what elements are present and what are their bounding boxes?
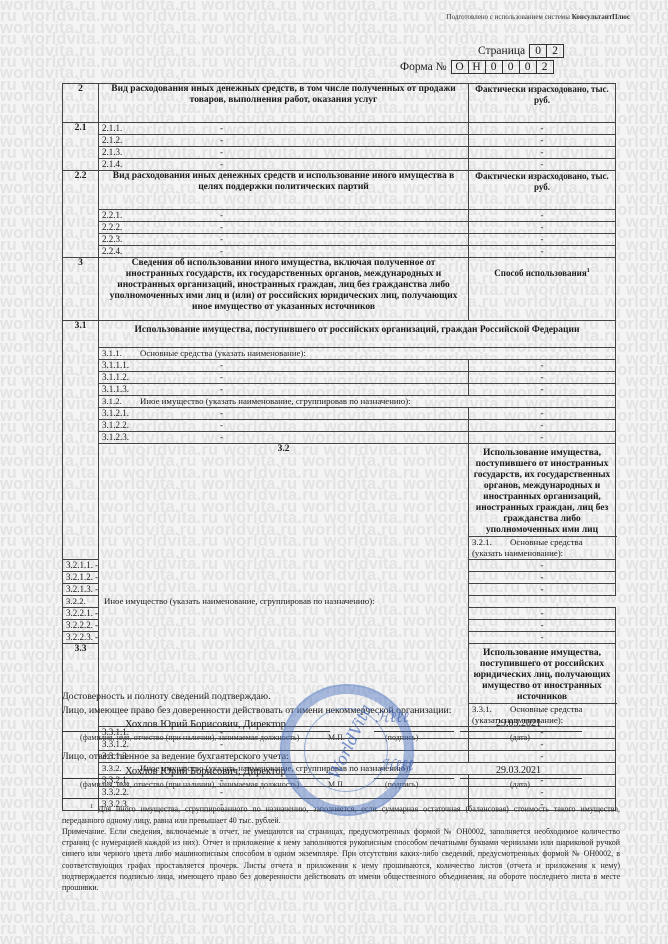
accountant-signature: ℋℓℓℓ bbox=[380, 756, 414, 775]
row-value: - bbox=[95, 632, 98, 642]
row-amount: - bbox=[469, 372, 616, 384]
row-code: 2.1.1. bbox=[99, 123, 220, 133]
row-code: 2.2.3. bbox=[99, 234, 220, 244]
section-3-header: 3 Сведения об использовании иного имущес… bbox=[63, 258, 616, 321]
row-amount: - bbox=[469, 572, 616, 584]
subsection-title: Вид расходования иных денежных средств и… bbox=[99, 171, 469, 210]
row-value: - bbox=[220, 123, 468, 133]
row-value: - bbox=[220, 408, 468, 418]
head-date-line bbox=[460, 731, 582, 732]
row-amount: - bbox=[469, 135, 616, 147]
row-amount: - bbox=[469, 210, 616, 222]
row-amount: - bbox=[469, 560, 616, 572]
row-code: 3.1.1.1. bbox=[99, 360, 220, 370]
organization-stamp: WorldVita bbox=[280, 684, 414, 816]
row-amount: - bbox=[469, 408, 616, 420]
row-value: - bbox=[220, 360, 468, 370]
subsection-2-2-header: 2.2 Вид расходования иных денежных средс… bbox=[63, 171, 616, 210]
form-digit: Н bbox=[468, 61, 485, 74]
row-amount: - bbox=[469, 620, 616, 632]
row-code: 3.1.2.3. bbox=[99, 432, 220, 442]
row-value: - bbox=[220, 159, 468, 169]
row-code: 3.1.2.2. bbox=[99, 420, 220, 430]
row-value: - bbox=[220, 432, 468, 442]
row-value: - bbox=[220, 147, 468, 157]
table-row: 2.2.2.- - bbox=[63, 222, 616, 234]
row-amount: - bbox=[469, 432, 616, 444]
column-header: Способ использования1 bbox=[469, 258, 616, 321]
row-amount: - bbox=[469, 360, 616, 372]
head-date: 29.03.2021 bbox=[496, 718, 556, 729]
note-text: Примечание. Если сведения, включаемые в … bbox=[62, 826, 620, 893]
row-code: 2.2.4. bbox=[99, 246, 220, 256]
row-value: - bbox=[95, 560, 98, 570]
page-number-box: Страница 0 2 bbox=[478, 44, 564, 58]
caption-name: (фамилия, имя, отчество (при наличии), з… bbox=[80, 733, 299, 742]
table-row: 2.1.3.- - bbox=[63, 147, 616, 159]
row-code: 3.1.1.3. bbox=[99, 384, 220, 394]
row-code: 3.2.2.2. bbox=[63, 620, 95, 630]
row-code: 3.2.1.2. bbox=[63, 572, 95, 582]
row-value: - bbox=[220, 246, 468, 256]
row-value: - bbox=[95, 620, 98, 630]
group-label-row: 3.2.2.Иное имущество (указать наименован… bbox=[63, 596, 616, 608]
table-row: 2.1.2.- - bbox=[63, 135, 616, 147]
table-row: 2.2.4.- - bbox=[63, 246, 616, 258]
subsection-header: 3.1 Использование имущества, поступившег… bbox=[63, 321, 616, 348]
table-row: 2.2.1.- - bbox=[63, 210, 616, 222]
row-code: 2.1.4. bbox=[99, 159, 220, 169]
row-amount: - bbox=[469, 608, 616, 620]
row-value: - bbox=[220, 384, 468, 394]
row-value: - bbox=[220, 135, 468, 145]
subsection-number: 3.2 bbox=[99, 444, 469, 727]
row-amount: - bbox=[469, 147, 616, 159]
page-digit: 2 bbox=[547, 45, 564, 58]
section-2-header: 2 Вид расходования иных денежных средств… bbox=[63, 84, 616, 123]
table-row: 3.1.1.1.- - bbox=[63, 360, 616, 372]
subsection-title: Использование имущества, поступившего от… bbox=[469, 444, 616, 537]
section-title: Вид расходования иных денежных средств, … bbox=[99, 84, 469, 123]
row-code: 3.2.2.1. bbox=[63, 608, 95, 618]
column-header: Фактически израсходовано, тыс. руб. bbox=[469, 84, 616, 123]
row-value: - bbox=[95, 608, 98, 618]
row-amount: - bbox=[469, 234, 616, 246]
row-amount: - bbox=[469, 584, 616, 596]
group-code: 3.2.1. bbox=[472, 537, 510, 548]
row-code: 2.2.1. bbox=[99, 210, 220, 220]
row-code: 2.1.3. bbox=[99, 147, 220, 157]
table-row: 3.1.1.2.- - bbox=[63, 372, 616, 384]
table-row: 2.2.3.- - bbox=[63, 234, 616, 246]
subsection-number: 2.2 bbox=[63, 171, 99, 258]
footnote-separator bbox=[62, 798, 204, 799]
group-label: Иное имущество (указать наименование, сг… bbox=[140, 396, 411, 406]
row-code: 3.2.1.3. bbox=[63, 584, 95, 594]
table-row: 3.1.2.2.- - bbox=[63, 420, 616, 432]
row-amount: - bbox=[469, 632, 616, 644]
row-amount: - bbox=[469, 246, 616, 258]
row-amount: - bbox=[469, 159, 616, 171]
group-label: Иное имущество (указать наименование, сг… bbox=[104, 596, 375, 606]
accountant-date-line bbox=[460, 778, 582, 779]
row-code: 3.1.2.1. bbox=[99, 408, 220, 418]
row-code: 3.2.1.1. bbox=[63, 560, 95, 570]
prepared-note: Подготовлено с использованием системы Ко… bbox=[447, 13, 630, 21]
head-signature: ℋℓℓℓ bbox=[375, 708, 409, 727]
row-value: - bbox=[220, 420, 468, 430]
subsection-number: 3.1 bbox=[63, 321, 99, 560]
row-value: - bbox=[220, 234, 468, 244]
row-value: - bbox=[95, 584, 98, 594]
row-amount: - bbox=[469, 123, 616, 135]
section-number: 3 bbox=[63, 258, 99, 321]
section-title: Сведения об использовании иного имуществ… bbox=[99, 258, 469, 321]
row-amount: - bbox=[469, 222, 616, 234]
row-amount: - bbox=[469, 420, 616, 432]
table-row: 2.12.1.1.- - bbox=[63, 123, 616, 135]
caption-date: (дата) bbox=[510, 733, 530, 742]
row-code: 2.2.2. bbox=[99, 222, 220, 232]
row-value: - bbox=[220, 222, 468, 232]
group-code: 3.1.2. bbox=[102, 396, 140, 407]
group-label-row: 3.1.1.Основные средства (указать наимено… bbox=[63, 348, 616, 360]
report-page: Подготовлено с использованием системы Ко… bbox=[0, 0, 668, 944]
form-label: Форма № bbox=[400, 61, 451, 74]
row-value: - bbox=[220, 210, 468, 220]
row-value: - bbox=[220, 372, 468, 382]
subsection-number: 2.1 bbox=[63, 123, 99, 171]
form-digit: О bbox=[451, 61, 468, 74]
form-digit: 0 bbox=[485, 61, 502, 74]
row-amount: - bbox=[469, 739, 616, 751]
form-digit: 0 bbox=[519, 61, 536, 74]
subsection-title: Использование имущества, поступившего от… bbox=[99, 321, 616, 348]
row-amount: - bbox=[469, 384, 616, 396]
subsection-header: 3.2 Использование имущества, поступившег… bbox=[63, 444, 616, 537]
table-row: 3.1.2.1.- - bbox=[63, 408, 616, 420]
table-row: 3.1.1.3.- - bbox=[63, 384, 616, 396]
row-code: 3.1.1.2. bbox=[99, 372, 220, 382]
caption-name: (фамилия, имя, отчество (при наличии), з… bbox=[80, 780, 299, 789]
group-code: 3.1.1. bbox=[102, 348, 140, 359]
caption-date: (дата) bbox=[510, 780, 530, 789]
row-amount: - bbox=[469, 787, 616, 799]
group-label-row: 3.1.2.Иное имущество (указать наименован… bbox=[63, 396, 616, 408]
table-row: 3.1.2.3.- - bbox=[63, 432, 616, 444]
row-code: 2.1.2. bbox=[99, 135, 220, 145]
row-value: - bbox=[95, 572, 98, 582]
accountant-date: 29.03.2021 bbox=[496, 765, 556, 776]
group-code: 3.2.2. bbox=[66, 596, 104, 607]
table-row: 2.1.4.- - bbox=[63, 159, 616, 171]
section-number: 2 bbox=[63, 84, 99, 123]
row-code: 3.2.2.3. bbox=[63, 632, 95, 642]
form-digit: 2 bbox=[536, 61, 553, 74]
page-label: Страница bbox=[478, 45, 530, 58]
row-amount: - bbox=[469, 775, 616, 787]
form-digit: 0 bbox=[502, 61, 519, 74]
form-number-box: Форма № О Н 0 0 0 2 bbox=[400, 60, 554, 74]
group-label: Основные средства (указать наименование)… bbox=[140, 348, 306, 358]
column-header: Фактически израсходовано, тыс. руб. bbox=[469, 171, 616, 210]
page-digit: 0 bbox=[530, 45, 547, 58]
